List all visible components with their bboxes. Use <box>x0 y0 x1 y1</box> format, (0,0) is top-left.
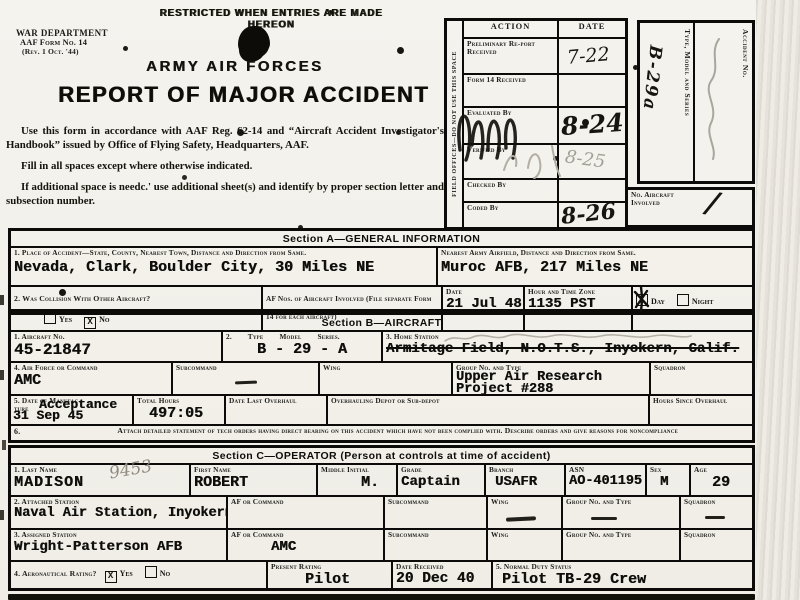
type-model-series-handwritten: B-29a <box>640 44 665 112</box>
field-attached-group: Group No. and Type <box>561 497 679 528</box>
rating-no-checkbox <box>145 566 157 578</box>
subcommand-b-label: Subcommand <box>176 364 315 372</box>
night-label: Night <box>692 297 713 306</box>
field-sex: Sex M <box>645 465 689 495</box>
field-assigned-group: Group No. and Type <box>561 530 679 560</box>
age-label: Age <box>694 466 749 474</box>
aircraft-involved-label: No. Aircraft Involved <box>631 191 691 208</box>
place-of-accident-value: Nevada, Clark, Boulder City, 30 Miles NE <box>14 259 433 276</box>
night-checkbox <box>677 294 689 306</box>
action-row-evaluated: Evaluated By <box>464 108 557 143</box>
section-b-title: Section B—AIRCRAFT <box>322 317 442 329</box>
field-assigned-af-command: AF or Command AMC <box>226 530 383 560</box>
aircraft-no-label: 1. Aircraft No. <box>14 333 218 341</box>
normal-duty-status-label: 5. Normal Duty Status <box>496 563 749 571</box>
middle-initial-value: M. <box>361 474 393 491</box>
field-aircraft-no: 1. Aircraft No. 45-21847 <box>11 332 221 361</box>
field-first-name: First Name ROBERT <box>189 465 316 495</box>
instruction-paragraph-1: Use this form in accordance with AAF Reg… <box>6 124 444 152</box>
field-office-side-label: FIELD OFFICES—DO NOT USE THIS SPACE <box>452 51 458 197</box>
section-a-title: Section A—GENERAL INFORMATION <box>283 233 481 245</box>
accident-date-label: Date <box>446 288 520 296</box>
aircraft-no-value: 45-21847 <box>14 341 218 359</box>
attached-group-dash-mark <box>591 517 617 520</box>
field-attached-subcommand: Subcommand <box>383 497 486 528</box>
field-date-of-manufacture: 5. Date of Manufac-ture Acceptance 31 Se… <box>11 396 132 424</box>
field-attached-station: 2. Attached Station Naval Air Station, I… <box>11 497 226 528</box>
air-force-command-value: AMC <box>14 372 168 389</box>
field-hours-since-overhaul: Hours Since Overhaul <box>648 396 752 424</box>
last-name-value: MADISON <box>14 474 186 491</box>
assigned-station-value: Wright-Patterson AFB <box>14 539 223 555</box>
aircraft-involved-handwritten: / <box>704 190 722 222</box>
field-attached-squadron: Squadron <box>679 497 752 528</box>
assigned-af-command-label: AF or Command <box>231 531 380 539</box>
day-checkbox <box>636 294 648 306</box>
field-air-force-command: 4. Air Force or Command AMC <box>11 363 171 394</box>
hours-since-overhaul-label: Hours Since Overhaul <box>653 397 749 405</box>
attached-squadron-dash-mark <box>705 516 725 519</box>
aircraft-involved-cell: No. Aircraft Involved / <box>628 190 752 225</box>
attached-wing-label: Wing <box>491 498 558 506</box>
field-date-received: Date Received 20 Dec 40 <box>391 562 491 589</box>
attached-subcommand-label: Subcommand <box>388 498 483 506</box>
assigned-group-label: Group No. and Type <box>566 531 676 539</box>
field-asn: ASN AO-401195 <box>564 465 645 495</box>
nearest-airfield-value: Muroc AFB, 217 Miles NE <box>441 259 749 276</box>
type-model-accident-box: Type, Model and Series B-29a Accident No… <box>637 20 755 184</box>
section-c-table: Section C—OPERATOR (Person at controls a… <box>8 445 755 591</box>
action-row-verified: Verified By <box>464 145 557 178</box>
date-coded-value: 8-26 <box>560 203 617 227</box>
field-home-station: 3. Home Station Armitage Field, N.O.T.S.… <box>381 332 752 361</box>
accident-date-value: 21 Jul 48 <box>446 296 520 312</box>
field-office-side-strip: FIELD OFFICES—DO NOT USE THIS SPACE <box>447 21 464 227</box>
field-squadron-b: Squadron <box>649 363 752 394</box>
assigned-af-command-value: AMC <box>271 539 380 555</box>
attached-group-label: Group No. and Type <box>566 498 676 506</box>
form-instructions: Use this form in accordance with AAF Reg… <box>6 124 444 208</box>
action-row-coded: Coded By <box>464 203 557 227</box>
action-row-preliminary: Preliminary Re-port Received <box>464 39 557 73</box>
age-value: 29 <box>712 474 749 491</box>
scanned-accident-report-form: RESTRICTED WHEN ENTRIES ARE MADE HEREON … <box>0 0 800 600</box>
field-last-name: 1. Last Name MADISON <box>11 465 189 495</box>
date-last-overhaul-label: Date Last Overhaul <box>229 397 323 405</box>
attached-squadron-label: Squadron <box>684 498 749 506</box>
subcommand-b-dash-mark <box>235 381 257 385</box>
assigned-station-label: 3. Assigned Station <box>14 531 223 539</box>
field-assigned-subcommand: Subcommand <box>383 530 486 560</box>
assigned-wing-label: Wing <box>491 531 558 539</box>
day-handwritten-mark <box>633 287 651 312</box>
date-preliminary-value: 7-22 <box>566 43 610 69</box>
action-row-checked: Checked By <box>464 180 557 201</box>
hour-timezone-label: Hour and Time Zone <box>528 288 628 296</box>
scan-edge-noise <box>756 0 800 600</box>
grade-label: Grade <box>401 466 481 474</box>
accident-no-column: Accident No. <box>693 23 752 181</box>
section-c-title: Section C—OPERATOR (Person at controls a… <box>212 450 550 462</box>
group-b-value-line2: Project #288 <box>456 382 646 394</box>
section-a-table: Section A—GENERAL INFORMATION 1. Place o… <box>8 228 755 312</box>
date-verified-value: 8-25 <box>564 146 607 172</box>
present-rating-value: Pilot <box>305 571 388 588</box>
field-total-hours: Total Hours 497:05 <box>132 396 224 424</box>
aircraft-involved-box: No. Aircraft Involved / <box>625 187 755 228</box>
field-place-of-accident: 1. Place of Accident—State, County, Near… <box>11 248 436 285</box>
attached-station-value: Naval Air Station, Inyokern, Calif. <box>14 506 223 521</box>
nearest-airfield-label: Nearest Army Airfield, Distance and Dire… <box>441 249 749 257</box>
field-overhauling-depot: Overhauling Depot or Sub-depot <box>326 396 648 424</box>
action-column-header: ACTION <box>464 21 557 37</box>
instruction-paragraph-2: Fill in all spaces except where otherwis… <box>6 159 444 173</box>
field-branch: Branch USAFR <box>484 465 564 495</box>
last-name-label: 1. Last Name <box>14 466 186 474</box>
date-coded: 8-26 <box>557 203 625 227</box>
field-subcommand-b: Subcommand <box>171 363 318 394</box>
branch-label: Branch <box>489 466 561 474</box>
date-form14 <box>557 75 625 106</box>
date-evaluated: 8-24 <box>557 108 625 143</box>
action-row-form14: Form 14 Received <box>464 75 557 106</box>
date-of-manufacture-value: 31 Sep 45 <box>13 408 83 423</box>
wing-b-label: Wing <box>323 364 448 372</box>
assigned-squadron-label: Squadron <box>684 531 749 539</box>
field-grade: Grade Captain <box>396 465 484 495</box>
page-title: REPORT OF MAJOR ACCIDENT <box>58 82 429 108</box>
attached-station-label: 2. Attached Station <box>14 498 223 506</box>
aeronautical-rating-label: 4. Aeronautical Rating? <box>14 569 97 578</box>
day-label: Day <box>651 297 665 306</box>
date-checked <box>557 180 625 201</box>
scan-edge-ticks <box>0 295 4 305</box>
type-model-series-value: B - 29 - A <box>226 341 378 358</box>
date-evaluated-value: 8-24 <box>560 108 624 141</box>
field-assigned-squadron: Squadron <box>679 530 752 560</box>
organization-title: ARMY AIR FORCES <box>146 58 324 75</box>
total-hours-label: Total Hours <box>137 397 221 405</box>
field-office-action-table: FIELD OFFICES—DO NOT USE THIS SPACE ACTI… <box>444 18 628 230</box>
field-present-rating: Present Rating Pilot <box>266 562 391 589</box>
asn-value: AO-401195 <box>569 474 642 489</box>
field-attached-wing: Wing <box>486 497 561 528</box>
type-model-series-column: Type, Model and Series B-29a <box>640 23 693 181</box>
field-group-b: Group No. and Type Upper Air Research Pr… <box>451 363 649 394</box>
instruction-paragraph-3: If additional space is needc.' use addit… <box>6 180 444 208</box>
rating-no-label: No <box>160 569 170 578</box>
form-identification: WAR DEPARTMENT AAF Form No. 14 (Rev. 1 O… <box>16 28 108 57</box>
tech-orders-note-number: 6. <box>14 427 20 439</box>
rating-yes-checkbox: X <box>105 571 117 583</box>
section-b-table: Section B—AIRCRAFT 1. Aircraft No. 45-21… <box>8 312 755 443</box>
field-normal-duty-status: 5. Normal Duty Status Pilot TB-29 Crew <box>491 562 752 589</box>
attached-af-command-label: AF or Command <box>231 498 380 506</box>
form-revision: (Rev. 1 Oct. '44) <box>16 48 108 57</box>
restricted-banner: RESTRICTED WHEN ENTRIES ARE MADE HEREON <box>148 7 394 31</box>
field-attached-af-command: AF or Command <box>226 497 383 528</box>
place-of-accident-label: 1. Place of Accident—State, County, Near… <box>14 249 433 257</box>
normal-duty-status-value: Pilot TB-29 Crew <box>502 571 749 588</box>
sex-value: M <box>660 474 686 490</box>
tech-orders-note-text: Attach detailed statement of tech orders… <box>46 427 749 439</box>
sex-label: Sex <box>650 466 686 474</box>
asn-label: ASN <box>569 466 642 474</box>
field-type-model-series: 2. Type Model Series. B - 29 - A <box>221 332 381 361</box>
total-hours-value: 497:05 <box>149 405 221 422</box>
field-middle-initial: Middle Initial M. <box>316 465 396 495</box>
field-date-last-overhaul: Date Last Overhaul <box>224 396 326 424</box>
middle-initial-label: Middle Initial <box>321 466 393 474</box>
date-received-value: 20 Dec 40 <box>396 571 488 587</box>
home-station-pencil-note <box>443 332 693 344</box>
accident-no-label: Accident No. <box>741 29 750 78</box>
squadron-b-label: Squadron <box>654 364 749 372</box>
date-verified: 8-25 <box>557 145 625 178</box>
hour-timezone-value: 1135 PST <box>528 296 628 312</box>
assigned-subcommand-label: Subcommand <box>388 531 483 539</box>
overhauling-depot-label: Overhauling Depot or Sub-depot <box>331 397 645 405</box>
air-force-command-label: 4. Air Force or Command <box>14 364 168 372</box>
field-assigned-station: 3. Assigned Station Wright-Patterson AFB <box>11 530 226 560</box>
rating-yes-mark: X <box>108 571 113 581</box>
date-column-header: DATE <box>557 21 625 37</box>
present-rating-label: Present Rating <box>271 563 388 571</box>
next-section-top-border <box>8 594 755 600</box>
aaf-eagle-emblem <box>238 26 269 59</box>
first-name-label: First Name <box>194 466 313 474</box>
rating-yes-label: Yes <box>120 569 133 578</box>
accident-no-faint-scrawl <box>699 33 729 163</box>
type-model-series-label: Type, Model and Series <box>683 29 692 116</box>
type-model-series-field-label: 2. Type Model Series. <box>226 333 378 341</box>
collision-label: 2. Was Collision With Other Aircraft? <box>14 294 150 303</box>
field-nearest-airfield: Nearest Army Airfield, Distance and Dire… <box>436 248 752 285</box>
section-b-header: Section B—AIRCRAFT <box>11 315 752 330</box>
first-name-value: ROBERT <box>194 474 313 491</box>
department-name: WAR DEPARTMENT <box>16 28 108 38</box>
branch-value: USAFR <box>495 474 561 490</box>
date-received-label: Date Received <box>396 563 488 571</box>
field-age: Age 29 <box>689 465 752 495</box>
date-preliminary: 7-22 <box>557 39 625 73</box>
field-assigned-wing: Wing <box>486 530 561 560</box>
grade-value: Captain <box>401 474 481 490</box>
section-a-header: Section A—GENERAL INFORMATION <box>11 231 752 246</box>
field-tech-orders-note: 6. Attach detailed statement of tech ord… <box>11 426 752 440</box>
field-wing-b: Wing <box>318 363 451 394</box>
field-aeronautical-rating: 4. Aeronautical Rating? XYes No <box>11 562 266 589</box>
attached-wing-dash-mark <box>506 516 536 522</box>
